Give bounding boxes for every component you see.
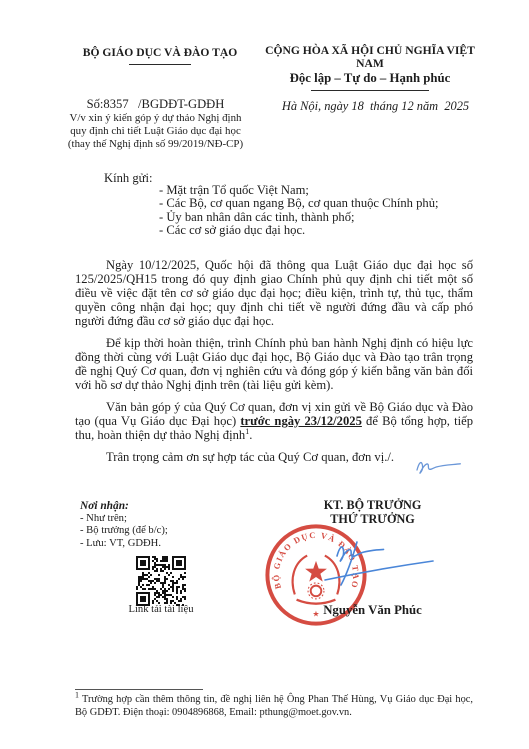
footnote: 1 Trường hợp cần thêm thông tin, đề nghị… bbox=[75, 694, 473, 719]
signer-name: Nguyễn Văn Phúc bbox=[300, 603, 445, 618]
footnote-separator bbox=[75, 689, 203, 690]
distribution-label: Nơi nhận: bbox=[80, 500, 168, 512]
subject-line: V/v xin ý kiến góp ý dự thảo Nghị định bbox=[38, 112, 273, 125]
place-date: Hà Nội, ngày 18 tháng 12 năm 2025 bbox=[268, 99, 483, 114]
deadline-text: trước ngày 23/12/2025 bbox=[240, 414, 362, 428]
official-letter-page: BỘ GIÁO DỤC VÀ ĐÀO TẠO CỘNG HÒA XÃ HỘI C… bbox=[0, 0, 529, 749]
national-motto: Độc lập – Tự do – Hạnh phúc bbox=[250, 71, 490, 86]
national-header: CỘNG HÒA XÃ HỘI CHỦ NGHĨA VIỆT NAM Độc l… bbox=[250, 44, 490, 91]
letter-body: Ngày 10/12/2025, Quốc hội đã thông qua L… bbox=[75, 258, 473, 464]
qr-caption: Link tải tài liệu bbox=[108, 604, 214, 615]
handwritten-signature bbox=[303, 528, 438, 600]
recipient-item: - Mặt trận Tổ quốc Việt Nam; bbox=[159, 184, 439, 197]
signer-title-line: KT. BỘ TRƯỞNG bbox=[300, 498, 445, 512]
distribution-item: - Bộ trưởng (để b/c); bbox=[80, 525, 168, 537]
recipient-item: - Ủy ban nhân dân các tỉnh, thành phố; bbox=[159, 211, 439, 224]
recipient-item: - Các Bộ, cơ quan ngang Bộ, cơ quan thuộ… bbox=[159, 197, 439, 210]
org-underline bbox=[129, 64, 191, 65]
document-number: Số:8357 /BGDĐT-GDĐH bbox=[38, 97, 273, 112]
distribution-block: Nơi nhận: - Như trên; - Bộ trưởng (để b/… bbox=[80, 500, 168, 550]
distribution-item: - Như trên; bbox=[80, 513, 168, 525]
issuing-org-header: BỘ GIÁO DỤC VÀ ĐÀO TẠO bbox=[55, 46, 265, 65]
p3-period: . bbox=[249, 428, 252, 442]
salutation: Kính gửi: bbox=[104, 171, 152, 186]
recipient-item: - Các cơ sở giáo dục đại học. bbox=[159, 224, 439, 237]
body-paragraph-1: Ngày 10/12/2025, Quốc hội đã thông qua L… bbox=[75, 258, 473, 328]
recipient-list: - Mặt trận Tổ quốc Việt Nam; - Các Bộ, c… bbox=[159, 184, 439, 238]
body-paragraph-2: Để kịp thời hoàn thiện, trình Chính phủ … bbox=[75, 336, 473, 392]
national-title: CỘNG HÒA XÃ HỘI CHỦ NGHĨA VIỆT NAM bbox=[250, 44, 490, 70]
body-paragraph-3: Văn bản góp ý của Quý Cơ quan, đơn vị xi… bbox=[75, 400, 473, 442]
motto-underline bbox=[311, 90, 429, 91]
document-subject: V/v xin ý kiến góp ý dự thảo Nghị định q… bbox=[38, 112, 273, 152]
paraph-initials-signature bbox=[408, 452, 466, 478]
distribution-item: - Lưu: VT, GDĐH. bbox=[80, 538, 168, 550]
subject-line: quy định chi tiết Luật Giáo dục đại học bbox=[38, 125, 273, 138]
qr-code bbox=[136, 556, 186, 606]
subject-line: (thay thế Nghị định số 99/2019/NĐ-CP) bbox=[38, 138, 273, 151]
org-name: BỘ GIÁO DỤC VÀ ĐÀO TẠO bbox=[55, 46, 265, 59]
footnote-text: Trường hợp cần thêm thông tin, đề nghị l… bbox=[75, 694, 473, 718]
